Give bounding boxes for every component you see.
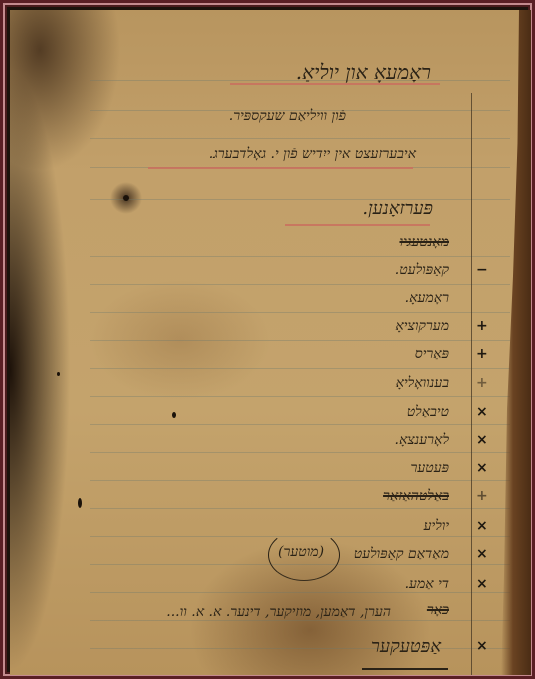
character-item: אַפּטעקער <box>371 636 441 657</box>
character-item: קאַפּולעט. <box>395 262 449 279</box>
plus-mark: + <box>476 318 488 334</box>
ruled-line <box>90 138 510 139</box>
translator-underline <box>148 167 413 169</box>
plus-mark: + <box>476 488 488 504</box>
ink-speck <box>123 195 129 201</box>
ruled-line <box>90 508 510 509</box>
plus-mark: + <box>476 346 488 362</box>
character-item: יוליע <box>424 518 449 535</box>
author-line: פֿון וויליאַם שעקספּיר. <box>229 108 346 125</box>
manuscript-page: ראָמעאָ און יוליאַ. פֿון וויליאַם שעקספּ… <box>10 10 531 675</box>
ruled-line <box>90 199 510 200</box>
ruled-line <box>90 480 510 481</box>
translator-line: איבערזעצט אין ייִדיש פֿון י. גאָלדבערג. <box>209 146 416 163</box>
ruled-line <box>90 452 510 453</box>
x-mark: × <box>476 460 488 476</box>
ruled-line <box>90 284 510 285</box>
ruled-line <box>90 256 510 257</box>
ink-speck <box>172 412 176 418</box>
character-item: מאָנטעגיו <box>399 234 449 251</box>
ruled-line <box>90 312 510 313</box>
x-mark: × <box>476 576 488 592</box>
character-item: בענוואָליאָ <box>396 375 449 392</box>
character-item: ראָמעאָ. <box>405 290 449 307</box>
ruled-line <box>90 648 510 649</box>
minus-mark: − <box>476 262 488 278</box>
ruled-line <box>90 424 510 425</box>
character-item: פּאַריס <box>415 346 449 363</box>
character-item: טיבאַלט <box>407 404 449 421</box>
heading-underline <box>285 224 430 226</box>
x-mark: × <box>476 638 488 654</box>
last-item-underline <box>362 668 448 670</box>
character-note: (מוטער) <box>278 544 324 561</box>
document-title: ראָמעאָ און יוליאַ. <box>296 60 431 85</box>
character-item: באַלטהאַזאַר <box>383 488 449 505</box>
x-mark: × <box>476 518 488 534</box>
x-mark: × <box>476 404 488 420</box>
struck-word: כאָר <box>427 602 449 619</box>
extras-line: הערן, דאַמען, מוזיקער, דינער. א. א. וו..… <box>166 604 391 621</box>
character-item: מאַדאַם קאַפּולעט <box>354 546 449 563</box>
ink-speck <box>57 372 60 376</box>
ruled-line <box>90 368 510 369</box>
ruled-line <box>90 396 510 397</box>
character-item: מערקוציאָ <box>395 318 449 335</box>
x-mark: × <box>476 546 488 562</box>
title-underline <box>230 83 440 85</box>
plus-mark: + <box>476 375 488 391</box>
x-mark: × <box>476 432 488 448</box>
character-item: די אַמע. <box>405 576 449 593</box>
ruled-line <box>90 340 510 341</box>
characters-heading: פּערזאָנען. <box>362 198 433 219</box>
character-item: לאָרענצאָ. <box>395 432 450 449</box>
margin-line <box>471 93 472 675</box>
ink-speck <box>78 498 82 508</box>
picture-frame: ראָמעאָ און יוליאַ. פֿון וויליאַם שעקספּ… <box>0 0 535 679</box>
character-item: פּעטער <box>410 460 449 477</box>
